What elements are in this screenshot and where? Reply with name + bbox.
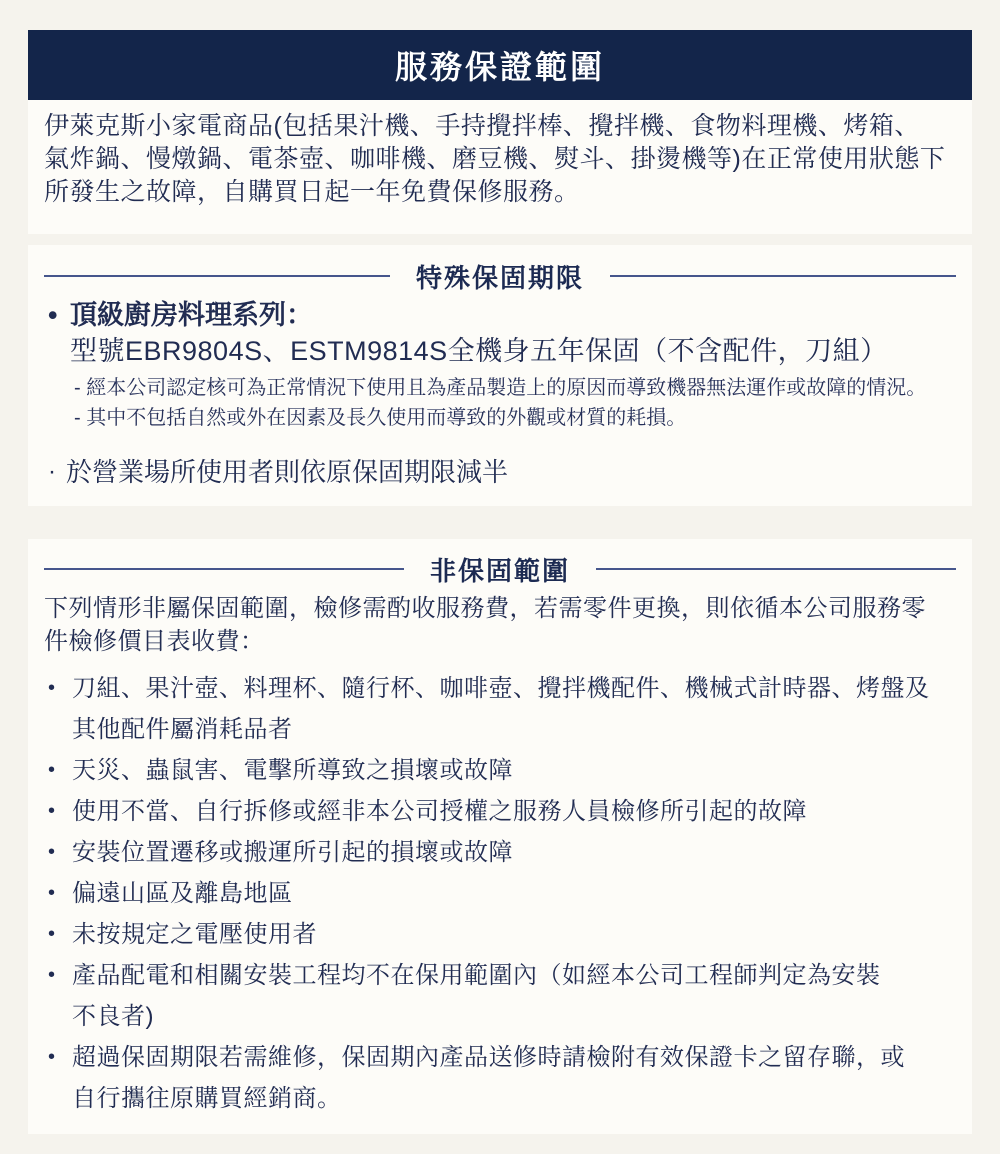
bullet-dot-icon: • [48, 1037, 72, 1119]
small-bullet-dot-icon: · [48, 455, 66, 489]
bullet-dot-icon: • [48, 297, 70, 333]
list-item-text: 天災、蟲鼠害、電擊所導致之損壞或故障 [72, 750, 956, 791]
list-item: • 安裝位置遷移或搬運所引起的損壞或故障 [44, 832, 956, 873]
list-item-text: 刀組、果汁壺、料理杯、隨行杯、咖啡壺、攪拌機配件、機械式計時器、烤盤及 其他配件… [72, 668, 956, 750]
business-use-row: · 於營業場所使用者則依原保固期限減半 [44, 455, 956, 489]
list-item-text: 超過保固期限若需維修，保固期內產品送修時請檢附有效保證卡之留存聯，或 自行攜往原… [72, 1037, 956, 1119]
list-item: • 超過保固期限若需維修，保固期內產品送修時請檢附有效保證卡之留存聯，或 自行攜… [44, 1037, 956, 1119]
list-item: • 未按規定之電壓使用者 [44, 914, 956, 955]
series-heading-row: • 頂級廚房料理系列： [44, 297, 956, 333]
page-header-bar: 服務保證範圍 [28, 30, 972, 100]
special-warranty-title-row: 特殊保固期限 [44, 259, 956, 293]
non-warranty-list: • 刀組、果汁壺、料理杯、隨行杯、咖啡壺、攪拌機配件、機械式計時器、烤盤及 其他… [44, 668, 956, 1119]
list-item-text: 未按規定之電壓使用者 [72, 914, 956, 955]
section-special-warranty: 特殊保固期限 • 頂級廚房料理系列： 型號EBR9804S、ESTM9814S全… [28, 245, 972, 506]
series-heading: 頂級廚房料理系列： [70, 297, 313, 333]
warranty-intro-paragraph: 伊萊克斯小家電商品(包括果汁機、手持攪拌棒、攪拌機、食物料理機、烤箱、 氣炸鍋、… [44, 110, 956, 209]
special-warranty-title: 特殊保固期限 [416, 258, 584, 295]
bullet-dot-icon: • [48, 791, 72, 832]
section-non-warranty: 非保固範圍 下列情形非屬保固範圍，檢修需酌收服務費，若需零件更換，則依循本公司服… [28, 539, 972, 1134]
list-item: • 天災、蟲鼠害、電擊所導致之損壞或故障 [44, 750, 956, 791]
bullet-dot-icon: • [48, 873, 72, 914]
divider-line-right [596, 568, 956, 570]
non-warranty-title: 非保固範圍 [430, 551, 570, 588]
list-item-text: 產品配電和相關安裝工程均不在保用範圍內（如經本公司工程師判定為安裝 不良者) [72, 955, 956, 1037]
divider-line-left [44, 275, 390, 277]
page-title: 服務保證範圍 [395, 42, 605, 88]
bullet-dot-icon: • [48, 914, 72, 955]
warranty-page: 服務保證範圍 伊萊克斯小家電商品(包括果汁機、手持攪拌棒、攪拌機、食物料理機、烤… [0, 0, 1000, 1154]
list-item-text: 偏遠山區及離島地區 [72, 873, 956, 914]
bullet-dot-icon: • [48, 832, 72, 873]
list-item-text: 安裝位置遷移或搬運所引起的損壞或故障 [72, 832, 956, 873]
bullet-dot-icon: • [48, 668, 72, 750]
list-item: • 刀組、果汁壺、料理杯、隨行杯、咖啡壺、攪拌機配件、機械式計時器、烤盤及 其他… [44, 668, 956, 750]
non-warranty-title-row: 非保固範圍 [44, 552, 956, 586]
list-item: • 偏遠山區及離島地區 [44, 873, 956, 914]
bullet-dot-icon: • [48, 750, 72, 791]
list-item-text: 使用不當、自行拆修或經非本公司授權之服務人員檢修所引起的故障 [72, 791, 956, 832]
divider-line-left [44, 568, 404, 570]
special-warranty-notes: - 經本公司認定核可為正常情況下使用且為產品製造上的原因而導致機器無法運作或故障… [74, 373, 956, 433]
bullet-dot-icon: • [48, 955, 72, 1037]
model-warranty-line: 型號EBR9804S、ESTM9814S全機身五年保固（不含配件，刀組） [70, 333, 956, 369]
divider-line-right [610, 275, 956, 277]
list-item: • 使用不當、自行拆修或經非本公司授權之服務人員檢修所引起的故障 [44, 791, 956, 832]
business-use-note: 於營業場所使用者則依原保固期限減半 [66, 455, 508, 489]
warranty-intro-card: 伊萊克斯小家電商品(包括果汁機、手持攪拌棒、攪拌機、食物料理機、烤箱、 氣炸鍋、… [28, 100, 972, 234]
non-warranty-intro: 下列情形非屬保固範圍，檢修需酌收服務費，若需零件更換，則依循本公司服務零 件檢修… [44, 592, 956, 658]
list-item: • 產品配電和相關安裝工程均不在保用範圍內（如經本公司工程師判定為安裝 不良者) [44, 955, 956, 1037]
